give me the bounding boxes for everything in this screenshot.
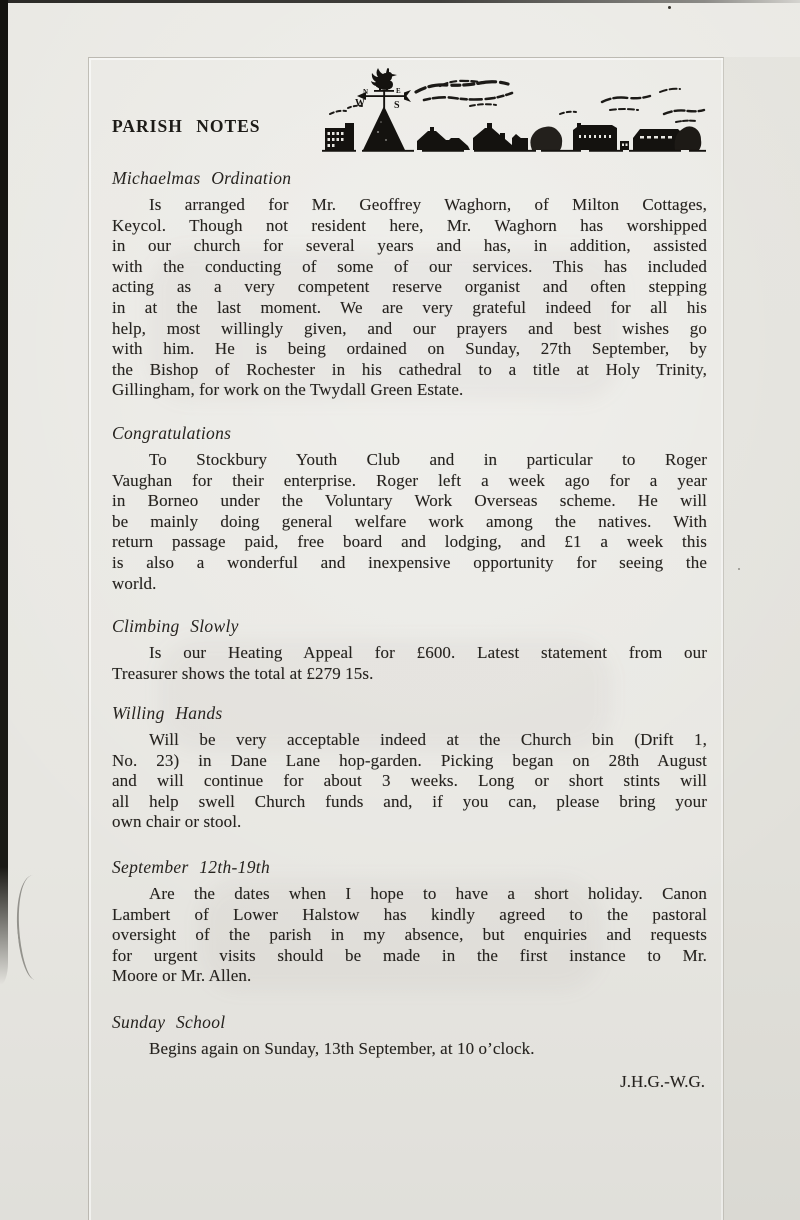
section-paragraph: Are the dates when I hope to have a shor…	[112, 884, 707, 987]
text-line: To Stockbury Youth Club and in particula…	[112, 450, 707, 471]
text-line: Vaughan for their enterprise. Roger left…	[112, 471, 707, 492]
text-line: the Bishop of Rochester in his cathedral…	[112, 360, 707, 381]
compass-letter-east: E	[396, 87, 401, 95]
weathervane-icon: N W E S	[355, 68, 411, 111]
text-line: Treasurer shows the total at £279 15s.	[112, 664, 707, 685]
text-line: return passage paid, free board and lodg…	[112, 532, 707, 553]
rooster-icon	[371, 68, 397, 90]
text-line: Begins again on Sunday, 13th September, …	[112, 1039, 707, 1060]
section-heading: Congratulations	[112, 421, 707, 445]
text-line: No. 23) in Dane Lane hop-garden. Picking…	[112, 751, 707, 772]
section-michaelmas-ordination: Michaelmas Ordination Is arranged for Mr…	[112, 166, 707, 401]
section-climbing-slowly: Climbing Slowly Is our Heating Appeal fo…	[112, 614, 707, 684]
section-sunday-school: Sunday School Begins again on Sunday, 13…	[112, 1010, 707, 1092]
section-paragraph: To Stockbury Youth Club and in particula…	[112, 450, 707, 594]
scan-edge-top-artifact	[0, 0, 800, 3]
compass-letter-north: N	[363, 88, 368, 96]
text-line: Lambert of Lower Halstow has kindly agre…	[112, 905, 707, 926]
village-scene-illustration: N W E S	[320, 62, 708, 154]
scanned-page: PARISH NOTES N W E	[0, 0, 800, 1220]
scan-shading	[724, 57, 800, 1220]
text-line: oversight of the parish in my absence, b…	[112, 925, 707, 946]
text-line: and will continue for about 3 weeks. Lon…	[112, 771, 707, 792]
text-line: Moore or Mr. Allen.	[112, 966, 707, 987]
cottage	[417, 127, 470, 150]
section-paragraph: Is arranged for Mr. Geoffrey Waghorn, of…	[112, 195, 707, 401]
section-paragraph: Will be very acceptable indeed at the Ch…	[112, 730, 707, 833]
text-line: with the conducting of some of our servi…	[112, 257, 707, 278]
text-line: world.	[112, 574, 707, 595]
text-line: Will be very acceptable indeed at the Ch…	[112, 730, 707, 751]
section-congratulations: Congratulations To Stockbury Youth Club …	[112, 421, 707, 594]
church-spire-icon	[363, 106, 405, 150]
section-heading: September 12th-19th	[112, 855, 707, 879]
text-line: Is arranged for Mr. Geoffrey Waghorn, of…	[112, 195, 707, 216]
text-line: Is our Heating Appeal for £600. Latest s…	[112, 643, 707, 664]
section-paragraph: Is our Heating Appeal for £600. Latest s…	[112, 643, 707, 684]
page-curl-hairline-artifact	[12, 875, 45, 981]
author-initials: J.H.G.-W.G.	[112, 1071, 705, 1092]
text-line: all help swell Church funds and, if you …	[112, 792, 707, 813]
text-line: Gillingham, for work on the Twydall Gree…	[112, 380, 707, 401]
text-line: Are the dates when I hope to have a shor…	[112, 884, 707, 905]
text-line: in our church for several years and has,…	[112, 236, 707, 257]
section-september-dates: September 12th-19th Are the dates when I…	[112, 855, 707, 987]
cottage	[473, 123, 522, 150]
page-title: PARISH NOTES	[112, 115, 261, 137]
text-line: for urgent visits should be made in the …	[112, 946, 707, 967]
text-line: be mainly doing general welfare work amo…	[112, 512, 707, 533]
text-line: Keycol. Though not resident here, Mr. Wa…	[112, 216, 707, 237]
text-line: in at the last moment. We are very grate…	[112, 298, 707, 319]
section-willing-hands: Willing Hands Will be very acceptable in…	[112, 701, 707, 833]
section-heading: Willing Hands	[112, 701, 707, 725]
section-heading: Michaelmas Ordination	[112, 166, 707, 190]
compass-letter-west: W	[355, 98, 365, 109]
scan-edge-left-artifact	[0, 0, 8, 985]
section-heading: Sunday School	[112, 1010, 707, 1034]
text-line: help, most willingly given, and our pray…	[112, 319, 707, 340]
text-line: with him. He is being ordained on Sunday…	[112, 339, 707, 360]
text-line: is also a wonderful and inexpensive oppo…	[112, 553, 707, 574]
text-line: acting as a very competent reserve organ…	[112, 277, 707, 298]
section-paragraph: Begins again on Sunday, 13th September, …	[112, 1039, 707, 1060]
dust-speck	[668, 6, 671, 9]
arrow-fletch	[404, 90, 411, 102]
text-line: own chair or stool.	[112, 812, 707, 833]
section-heading: Climbing Slowly	[112, 614, 707, 638]
text-line: in Borneo under the Voluntary Work Overs…	[112, 491, 707, 512]
compass-letter-south: S	[394, 100, 400, 111]
